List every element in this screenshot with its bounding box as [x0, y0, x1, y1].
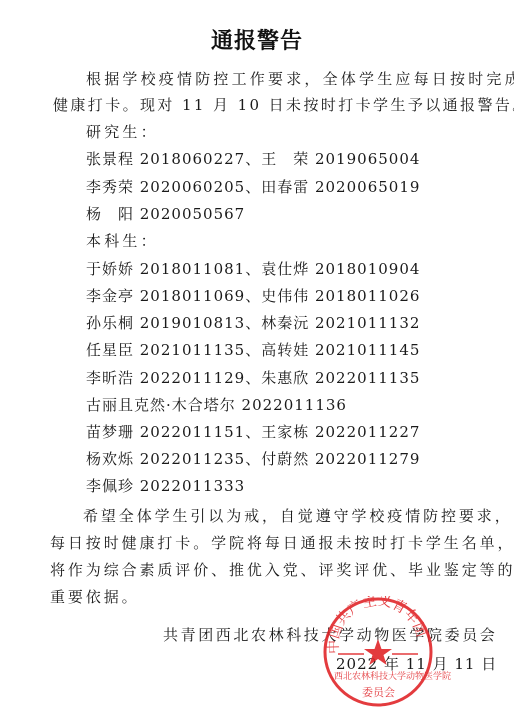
student-row: 杨 阳 2020050567 [86, 205, 245, 223]
student-row: 李秀荣 2020060205、田春雷 2020065019 [86, 178, 420, 196]
student-row: 任星臣 2021011135、高转娃 2021011145 [86, 341, 420, 359]
student-row: 杨欢烁 2022011235、付蔚然 2022011279 [86, 450, 420, 468]
official-seal: 中国共产主义青年团 西北农林科技大学动物医学院 委员会 [322, 596, 434, 708]
student-row: 苗梦珊 2022011151、王家栋 2022011227 [86, 423, 420, 441]
student-row: 李金亭 2018011069、史伟伟 2018011026 [86, 287, 420, 305]
student-row: 李佩珍 2022011333 [86, 477, 245, 495]
seal-bottom-text: 委员会 [362, 684, 395, 700]
closing-line-1: 希望全体学生引以为戒，自觉遵守学校疫情防控要求， [83, 507, 513, 525]
student-row: 李昕浩 2022011129、朱惠欣 2022011135 [86, 369, 420, 387]
closing-line-3: 将作为综合素质评价、推优入党、评奖评优、毕业鉴定等的 [50, 561, 514, 579]
student-row: 孙乐桐 2019010813、林秦沅 2021011132 [86, 314, 420, 332]
section-heading-graduate: 研究生： [86, 123, 159, 141]
intro-line-1: 根据学校疫情防控工作要求，全体学生应每日按时完成 [86, 70, 514, 88]
document-title: 通报警告 [0, 24, 514, 55]
closing-line-4: 重要依据。 [50, 588, 140, 606]
closing-line-2: 每日按时健康打卡。学院将每日通报未按时打卡学生名单， [50, 534, 514, 552]
star-icon [364, 639, 392, 665]
student-row: 张景程 2018060227、王 荣 2019065004 [86, 150, 420, 168]
student-row: 于娇娇 2018011081、袁仕烨 2018010904 [86, 260, 420, 278]
student-row: 古丽且克然·木合塔尔 2022011136 [86, 396, 347, 414]
intro-line-2: 健康打卡。现对 11 月 10 日未按时打卡学生予以通报警告。 [53, 96, 514, 114]
section-heading-undergraduate: 本科生： [86, 232, 159, 250]
seal-middle-text: 西北农林科技大学动物医学院 [334, 669, 451, 682]
